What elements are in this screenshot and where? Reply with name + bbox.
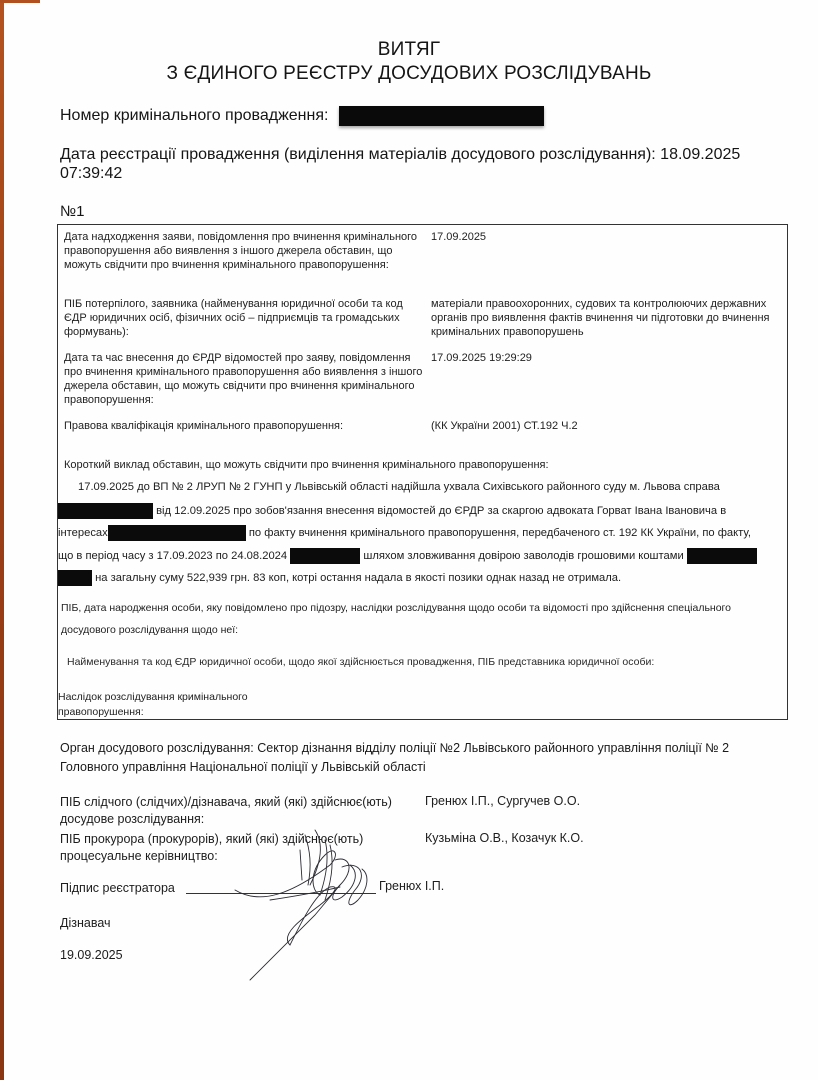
redaction-block (108, 525, 246, 541)
legal-entity-label: Найменування та код ЄДР юридичної особи,… (67, 655, 654, 669)
desk-background-top (0, 0, 40, 3)
narrative-text: інтересах (58, 527, 108, 539)
case-number-line: Номер кримінального провадження: (60, 106, 544, 126)
narrative-line: від 12.09.2025 про зобов'язання внесення… (58, 503, 726, 521)
registration-date: Дата реєстрації провадження (виділення м… (60, 145, 760, 183)
case-number-redaction (339, 106, 544, 126)
narrative-text: по факту вчинення кримінального правопор… (249, 527, 751, 539)
entry-datetime-value: 17.09.2025 19:29:29 (431, 351, 786, 365)
entry-number: №1 (60, 203, 84, 220)
suspect-label: ПІБ, дата народження особи, яку повідомл… (61, 597, 776, 641)
investigator-label: ПІБ слідчого (слідчих)/дізнавача, який (… (60, 794, 420, 828)
narrative-line: 17.09.2025 до ВП № 2 ЛРУП № 2 ГУНП у Льв… (78, 480, 720, 498)
qualification-label: Правова кваліфікація кримінального право… (64, 419, 424, 433)
registry-table: Дата надходження заяви, повідомлення про… (57, 224, 788, 720)
investigation-body: Орган досудового розслідування: Сектор д… (60, 739, 780, 777)
handwritten-signature-icon (230, 825, 380, 985)
narrative-text: від 12.09.2025 про зобов'язання внесення… (156, 505, 726, 517)
case-number-label: Номер кримінального провадження: (60, 107, 328, 124)
narrative-line: що в період часу з 17.09.2023 по 24.08.2… (58, 548, 757, 566)
narrative-text: що в період часу з 17.09.2023 по 24.08.2… (58, 550, 287, 562)
prosecutor-value: Кузьміна О.В., Козачук К.О. (425, 831, 584, 845)
narrative-text: на загальну суму 522,939 грн. 83 коп, ко… (95, 572, 621, 584)
narrative-line: на загальну суму 522,939 грн. 83 коп, ко… (58, 570, 621, 588)
signer-role: Дізнавач (60, 915, 111, 932)
applicant-label: ПІБ потерпілого, заявника (найменування … (64, 297, 424, 339)
narrative-text: шляхом зловживання довірою заволодів гро… (363, 550, 683, 562)
registrar-name: Гренюх І.П. (379, 879, 444, 893)
document-subtitle: З ЄДИНОГО РЕЄСТРУ ДОСУДОВИХ РОЗСЛІДУВАНЬ (0, 63, 818, 85)
qualification-value: (КК України 2001) СТ.192 Ч.2 (431, 419, 786, 433)
summary-label: Короткий виклад обставин, що можуть свід… (64, 458, 779, 472)
document-title: ВИТЯГ (0, 39, 818, 61)
registration-date-label: Дата реєстрації провадження (виділення м… (60, 146, 740, 163)
document-date: 19.09.2025 (60, 947, 123, 964)
registrar-signature-label: Підпис реєстратора (60, 880, 175, 897)
registration-time: 07:39:42 (60, 165, 122, 182)
entry-datetime-label: Дата та час внесення до ЄРДР відомостей … (64, 351, 424, 407)
redaction-block (58, 570, 92, 586)
investigation-result-label: Наслідок розслідування кримінального пра… (58, 690, 308, 720)
redaction-block (58, 503, 153, 519)
investigator-value: Гренюх І.П., Сургучев О.О. (425, 794, 580, 808)
receipt-date-value: 17.09.2025 (431, 230, 786, 244)
receipt-date-label: Дата надходження заяви, повідомлення про… (64, 230, 424, 272)
redaction-block (290, 548, 360, 564)
redaction-block (687, 548, 757, 564)
narrative-line: інтересах по факту вчинення кримінальног… (58, 525, 751, 543)
applicant-value: матеріали правоохоронних, судових та кон… (431, 297, 786, 339)
